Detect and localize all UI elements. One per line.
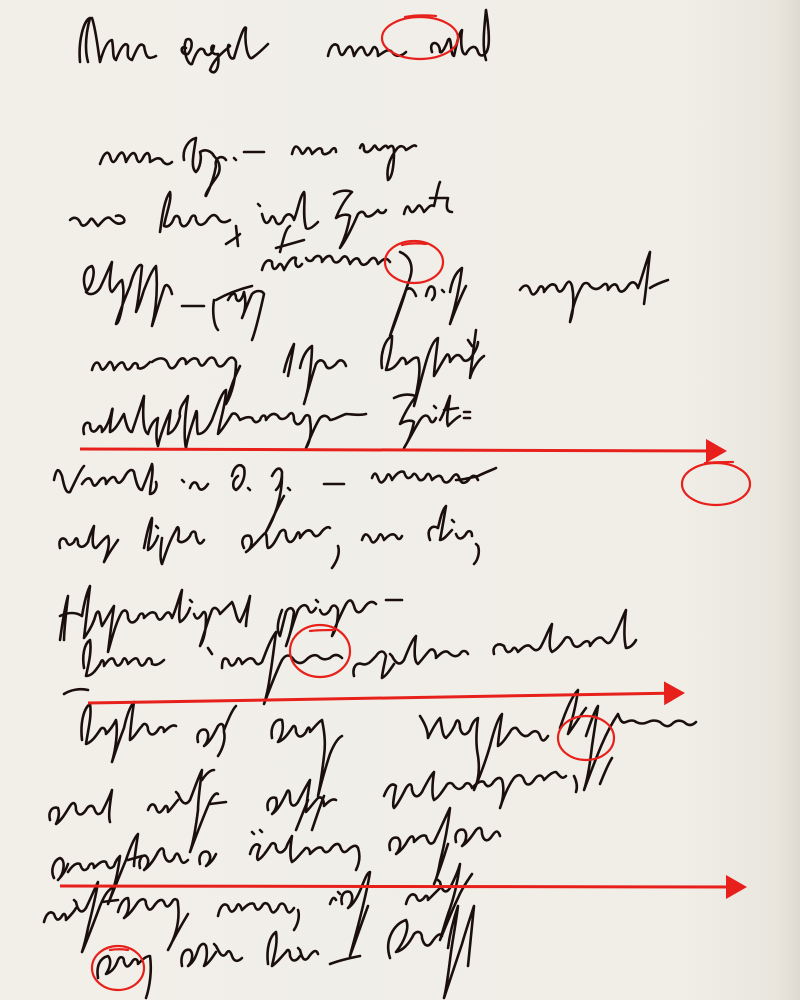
- ink-line-3: [70, 182, 452, 248]
- manuscript-page: Mein Engel, mein alles mein Ich. — nur e…: [0, 0, 800, 1000]
- arrow-annotation-1: [80, 449, 724, 451]
- ink-line-2: [100, 138, 416, 196]
- circle-annotation-4: [290, 625, 350, 677]
- circle-annotation-2: [385, 241, 443, 283]
- arrow-annotation-3: [60, 886, 744, 887]
- ink-line-14: [44, 864, 472, 956]
- circle-annotation-5: [558, 716, 614, 760]
- handwriting-ink: [0, 0, 800, 1000]
- ink-line-12: [49, 758, 612, 852]
- circle-annotation-6: [92, 946, 144, 990]
- arrow-annotation-2: [88, 693, 682, 703]
- interlinear-insertion: mit deinem: [0, 0, 1, 1]
- ink-line-1: [80, 10, 489, 72]
- circle-annotation-3: [682, 462, 750, 505]
- ink-line-9: [60, 586, 402, 652]
- ink-line-7: [54, 464, 496, 532]
- ink-line-11: [81, 690, 696, 796]
- red-annotations: [0, 0, 800, 1000]
- ink-line-8: [59, 506, 478, 568]
- ink-line-5: [92, 330, 484, 406]
- ink-line-4: [84, 226, 668, 340]
- ink-line-10: [64, 610, 636, 704]
- ink-line-15: [97, 906, 474, 998]
- ink-line-13: [52, 808, 500, 904]
- circle-annotation-1: [382, 15, 458, 59]
- ink-line-6: [83, 390, 470, 448]
